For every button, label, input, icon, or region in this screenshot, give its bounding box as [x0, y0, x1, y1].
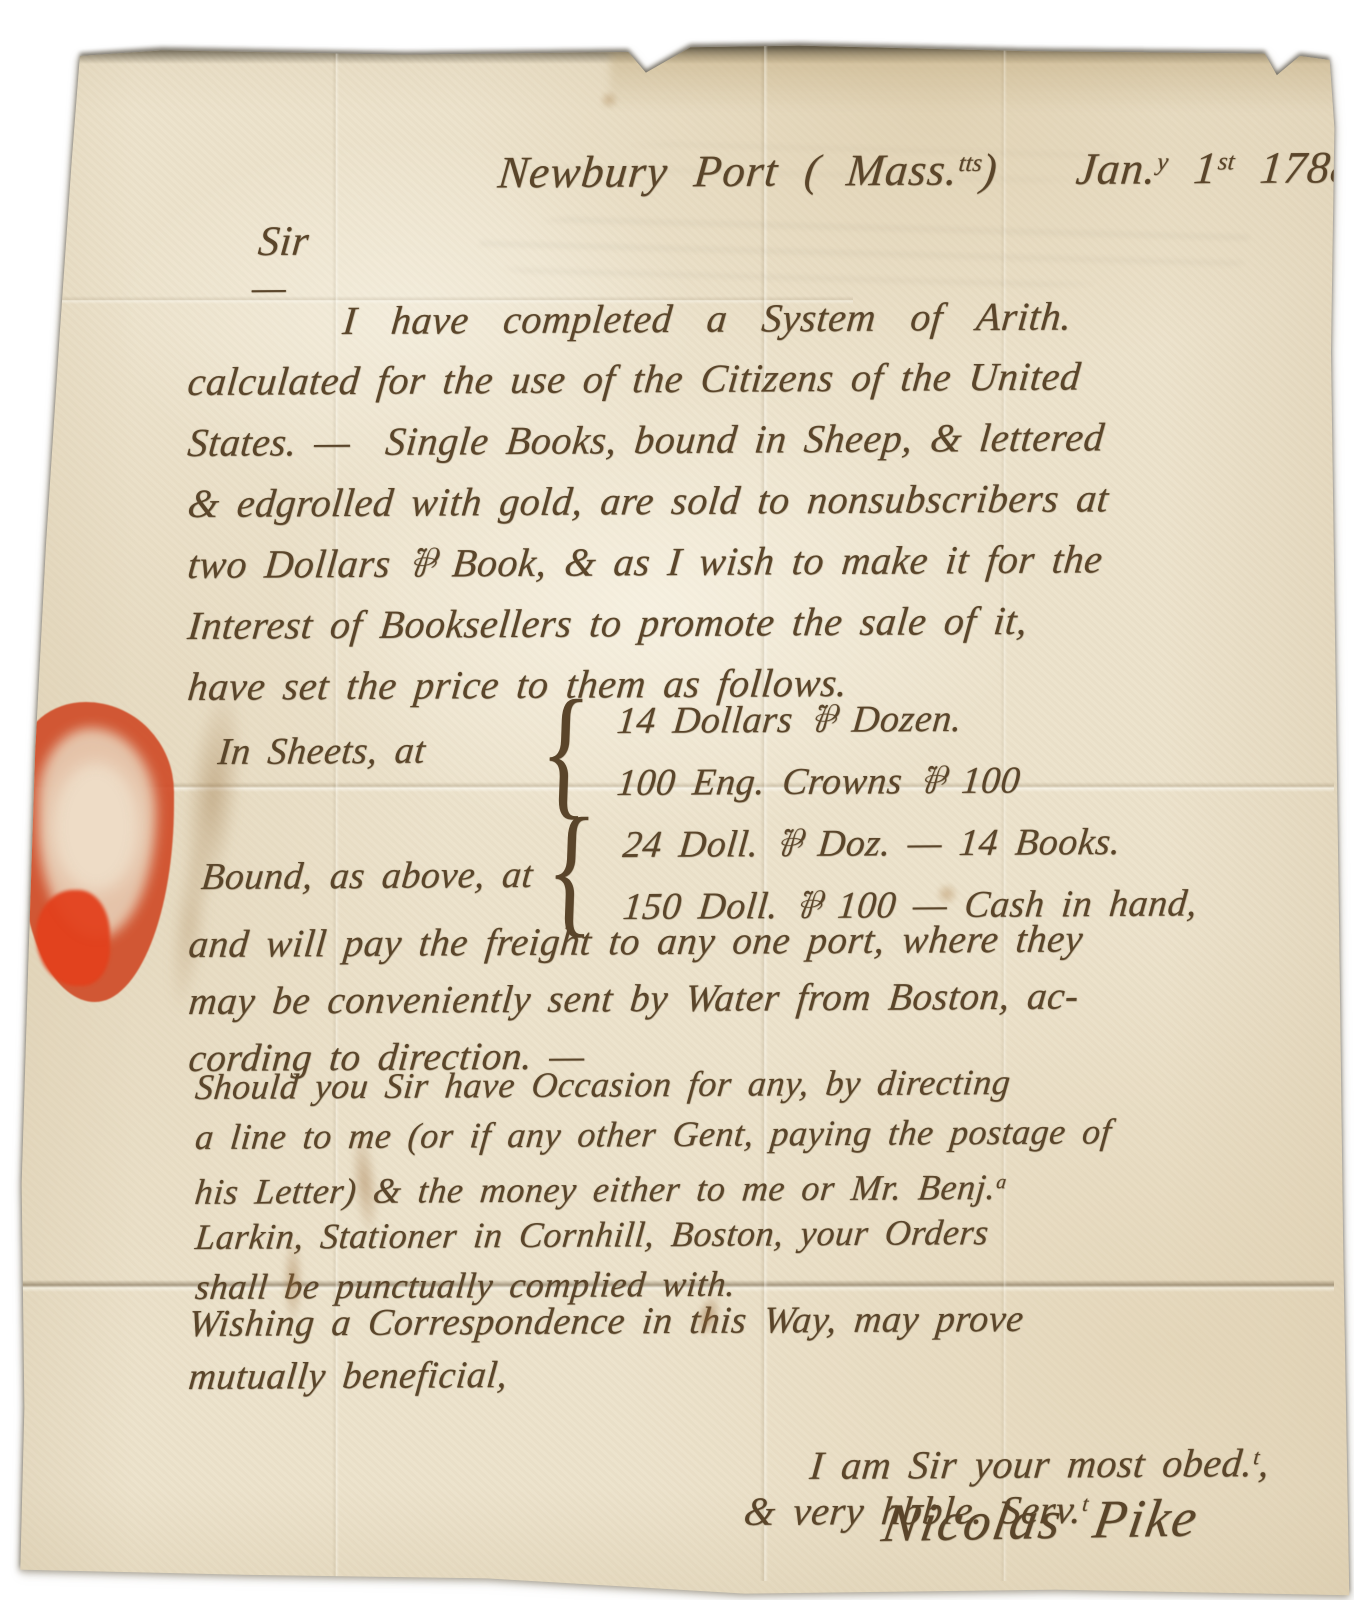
paragraph-1: I have completed a System of Arith. calc…: [185, 290, 1105, 717]
letter-line: Should you Sir have Occasion for any, by…: [193, 1056, 1114, 1112]
letter-line-superscript: a: [995, 1171, 1007, 1193]
price-line: 100 Eng. Crowns ⅌ 100: [614, 750, 1023, 814]
letter-line: Wishing a Correspondence in this Way, ma…: [186, 1293, 1026, 1351]
scanned-letter-page: Newbury Port ( Mass.tts) Jan.y 1st 1788 …: [0, 0, 1354, 1600]
price-row-label: In Sheets, at: [212, 688, 554, 814]
paper-shadow-wrap: Newbury Port ( Mass.tts) Jan.y 1st 1788 …: [0, 0, 1354, 1600]
foxing-spot: [1056, 14, 1090, 36]
letter-line: Larkin, Stationer in Cornhill, Boston, y…: [193, 1206, 1114, 1262]
letter-line-part: his Letter) & the money either to me or …: [193, 1167, 998, 1212]
letter-line: I have completed a System of Arith.: [340, 285, 1112, 351]
letter-line: calculated for the use of the Citizens o…: [185, 345, 1112, 412]
letter-line: a line to me (or if any other Gent, payi…: [193, 1106, 1114, 1162]
letter-line: may be conveniently sent by Water from B…: [186, 968, 1086, 1030]
signature: Nicolas Pike: [878, 1487, 1203, 1554]
dateline-day: 1: [1165, 143, 1220, 193]
dateline-place-superscript: tts: [957, 150, 983, 177]
letter-paper: Newbury Port ( Mass.tts) Jan.y 1st 1788 …: [0, 0, 1354, 1600]
price-brace: {: [544, 808, 598, 930]
paragraph-4: Wishing a Correspondence in this Way, ma…: [186, 1298, 1021, 1404]
salutation: Sir: [256, 218, 311, 266]
dateline-place: Newbury Port ( Mass.: [496, 145, 961, 198]
price-row-label: Bound, as above, at: [196, 806, 560, 932]
dateline-year: 1788: [1231, 142, 1354, 193]
price-line: 14 Dollars ⅌ Dozen.: [614, 688, 1023, 752]
paragraph-3: Should you Sir have Occasion for any, by…: [193, 1062, 1108, 1312]
letter-line: two Dollars ⅌ Book, & as I wish to make …: [185, 528, 1112, 595]
letter-line: and will pay the freight to any one port…: [186, 911, 1086, 973]
letter-line: States. — Single Books, bound in Sheep, …: [185, 406, 1112, 473]
dateline-month: ) Jan.: [979, 143, 1159, 194]
dateline: Newbury Port ( Mass.tts) Jan.y 1st 1788: [228, 89, 1354, 252]
price-line: 24 Doll. ⅌ Doz. — 14 Books.: [620, 810, 1200, 876]
letter-line: his Letter) & the money either to me or …: [193, 1156, 1114, 1212]
price-lines: 14 Dollars ⅌ Dozen. 100 Eng. Crowns ⅌ 10…: [614, 690, 1017, 814]
letter-line: Interest of Booksellers to promote the s…: [185, 589, 1112, 656]
price-row-sheets: In Sheets, at { 14 Dollars ⅌ Dozen. 100 …: [212, 690, 1017, 814]
letter-line: & edgrolled with gold, are sold to nonsu…: [185, 467, 1112, 534]
handwriting-layer: Newbury Port ( Mass.tts) Jan.y 1st 1788 …: [0, 0, 1354, 1600]
